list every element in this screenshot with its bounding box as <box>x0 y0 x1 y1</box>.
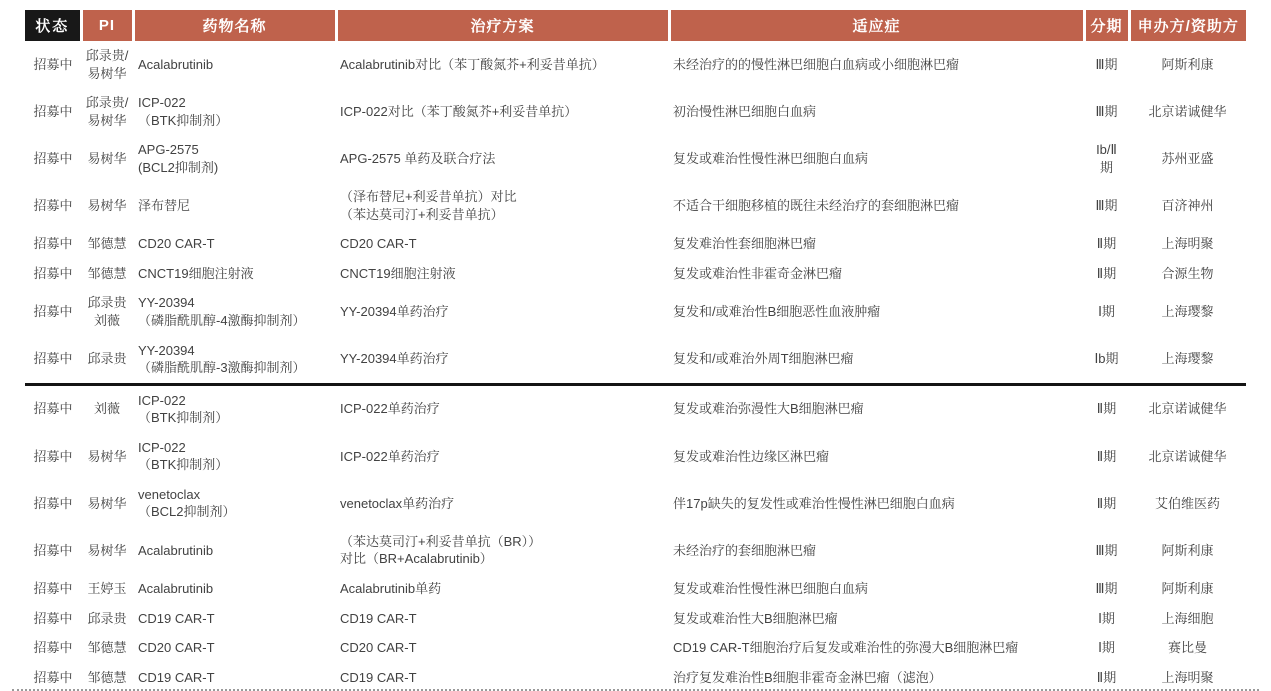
cell-regimen: （苯达莫司汀+利妥昔单抗（BR）） 对比（BR+Acalabrutinib） <box>336 527 669 574</box>
cell-status: 招募中 <box>25 633 81 663</box>
cell-drug: CD20 CAR-T <box>133 633 336 663</box>
cell-phase: Ib/Ⅱ 期 <box>1084 135 1129 182</box>
cell-regimen: CNCT19细胞注射液 <box>336 259 669 289</box>
cell-drug: Acalabrutinib <box>133 527 336 574</box>
cell-sponsor: 上海明聚 <box>1129 229 1246 259</box>
cell-phase: Ⅱ期 <box>1084 259 1129 289</box>
cell-indication: 复发或难治性非霍奇金淋巴瘤 <box>669 259 1084 289</box>
cell-drug: CD19 CAR-T <box>133 604 336 634</box>
cell-phase: Ⅲ期 <box>1084 41 1129 88</box>
cell-pi: 易树华 <box>81 182 133 229</box>
cell-regimen: ICP-022对比（苯丁酸氮芥+利妥昔单抗） <box>336 88 669 135</box>
cell-status: 招募中 <box>25 527 81 574</box>
cell-status: 招募中 <box>25 41 81 88</box>
cell-indication: 复发或难治性边缘区淋巴瘤 <box>669 433 1084 480</box>
table-row: 招募中邹德慧CD19 CAR-TCD19 CAR-T治疗复发难治性B细胞非霍奇金… <box>25 663 1246 691</box>
cell-drug: ICP-022 （BTK抑制剂） <box>133 384 336 433</box>
cell-sponsor: 北京诺诚健华 <box>1129 384 1246 433</box>
table-row: 招募中刘薇ICP-022 （BTK抑制剂）ICP-022单药治疗复发或难治弥漫性… <box>25 384 1246 433</box>
table-body: 招募中邱录贵/ 易树华AcalabrutinibAcalabrutinib对比（… <box>25 41 1246 691</box>
cell-sponsor: 上海璎黎 <box>1129 288 1246 335</box>
cell-indication: 复发和/或难治外周T细胞淋巴瘤 <box>669 336 1084 385</box>
cell-phase: Ⅰ期 <box>1084 288 1129 335</box>
cell-pi: 易树华 <box>81 433 133 480</box>
table-row: 招募中易树华泽布替尼（泽布替尼+利妥昔单抗）对比 （苯达莫司汀+利妥昔单抗）不适… <box>25 182 1246 229</box>
column-header-phase: 分期 <box>1084 10 1129 41</box>
cell-regimen: APG-2575 单药及联合疗法 <box>336 135 669 182</box>
cell-indication: 复发或难治性大B细胞淋巴瘤 <box>669 604 1084 634</box>
column-header-sponsor: 申办方/资助方 <box>1129 10 1246 41</box>
column-header-drug: 药物名称 <box>133 10 336 41</box>
table-row: 招募中邱录贵/ 易树华AcalabrutinibAcalabrutinib对比（… <box>25 41 1246 88</box>
cell-indication: 伴17p缺失的复发性或难治性慢性淋巴细胞白血病 <box>669 480 1084 527</box>
cell-indication: 未经治疗的的慢性淋巴细胞白血病或小细胞淋巴瘤 <box>669 41 1084 88</box>
cell-indication: 复发或难治性慢性淋巴细胞白血病 <box>669 574 1084 604</box>
cell-phase: Ⅱ期 <box>1084 433 1129 480</box>
cell-phase: Ⅰ期 <box>1084 604 1129 634</box>
cell-drug: venetoclax （BCL2抑制剂） <box>133 480 336 527</box>
cell-pi: 邱录贵 <box>81 604 133 634</box>
cell-drug: APG-2575 (BCL2抑制剂) <box>133 135 336 182</box>
cell-pi: 邹德慧 <box>81 259 133 289</box>
cell-regimen: CD20 CAR-T <box>336 229 669 259</box>
table-row: 招募中易树华venetoclax （BCL2抑制剂）venetoclax单药治疗… <box>25 480 1246 527</box>
table-row: 招募中易树华ICP-022 （BTK抑制剂）ICP-022单药治疗复发或难治性边… <box>25 433 1246 480</box>
table-row: 招募中邱录贵YY-20394 （磷脂酰肌醇-3激酶抑制剂）YY-20394单药治… <box>25 336 1246 385</box>
cell-regimen: CD20 CAR-T <box>336 633 669 663</box>
cell-status: 招募中 <box>25 182 81 229</box>
cell-indication: CD19 CAR-T细胞治疗后复发或难治性的弥漫大B细胞淋巴瘤 <box>669 633 1084 663</box>
cell-drug: CD19 CAR-T <box>133 663 336 691</box>
table-row: 招募中易树华Acalabrutinib（苯达莫司汀+利妥昔单抗（BR）） 对比（… <box>25 527 1246 574</box>
column-header-regimen: 治疗方案 <box>336 10 669 41</box>
table-row: 招募中易树华APG-2575 (BCL2抑制剂)APG-2575 单药及联合疗法… <box>25 135 1246 182</box>
cell-status: 招募中 <box>25 336 81 385</box>
cell-indication: 复发难治性套细胞淋巴瘤 <box>669 229 1084 259</box>
cell-sponsor: 上海璎黎 <box>1129 336 1246 385</box>
cell-status: 招募中 <box>25 574 81 604</box>
cell-phase: Ⅱ期 <box>1084 384 1129 433</box>
cell-sponsor: 上海明聚 <box>1129 663 1246 691</box>
cell-drug: YY-20394 （磷脂酰肌醇-3激酶抑制剂） <box>133 336 336 385</box>
cell-drug: CD20 CAR-T <box>133 229 336 259</box>
cell-pi: 邱录贵 刘薇 <box>81 288 133 335</box>
cell-regimen: venetoclax单药治疗 <box>336 480 669 527</box>
header-row: 状态 PI 药物名称 治疗方案 适应症 分期 申办方/资助方 <box>25 10 1246 41</box>
cell-pi: 邱录贵/ 易树华 <box>81 88 133 135</box>
table-row: 招募中邱录贵CD19 CAR-TCD19 CAR-T复发或难治性大B细胞淋巴瘤Ⅰ… <box>25 604 1246 634</box>
cell-phase: Ⅰ期 <box>1084 633 1129 663</box>
cell-drug: ICP-022 （BTK抑制剂） <box>133 433 336 480</box>
cell-sponsor: 艾伯维医药 <box>1129 480 1246 527</box>
cell-pi: 邱录贵/ 易树华 <box>81 41 133 88</box>
cell-pi: 易树华 <box>81 527 133 574</box>
cell-pi: 邱录贵 <box>81 336 133 385</box>
cell-sponsor: 苏州亚盛 <box>1129 135 1246 182</box>
table-header: 状态 PI 药物名称 治疗方案 适应症 分期 申办方/资助方 <box>25 10 1246 41</box>
cell-sponsor: 赛比曼 <box>1129 633 1246 663</box>
cell-phase: Ⅱ期 <box>1084 663 1129 691</box>
cell-phase: Ⅲ期 <box>1084 574 1129 604</box>
cell-status: 招募中 <box>25 480 81 527</box>
cell-indication: 未经治疗的套细胞淋巴瘤 <box>669 527 1084 574</box>
cell-status: 招募中 <box>25 433 81 480</box>
cell-phase: Ⅲ期 <box>1084 182 1129 229</box>
cell-pi: 刘薇 <box>81 384 133 433</box>
cell-phase: Ⅲ期 <box>1084 88 1129 135</box>
cell-pi: 邹德慧 <box>81 663 133 691</box>
table-row: 招募中邹德慧CNCT19细胞注射液CNCT19细胞注射液复发或难治性非霍奇金淋巴… <box>25 259 1246 289</box>
cell-status: 招募中 <box>25 229 81 259</box>
cell-sponsor: 北京诺诚健华 <box>1129 433 1246 480</box>
cell-pi: 易树华 <box>81 135 133 182</box>
table-row: 招募中邹德慧CD20 CAR-TCD20 CAR-TCD19 CAR-T细胞治疗… <box>25 633 1246 663</box>
cell-status: 招募中 <box>25 88 81 135</box>
column-header-status: 状态 <box>25 10 81 41</box>
cell-indication: 复发或难治性慢性淋巴细胞白血病 <box>669 135 1084 182</box>
cell-status: 招募中 <box>25 135 81 182</box>
column-header-pi: PI <box>81 10 133 41</box>
cell-sponsor: 合源生物 <box>1129 259 1246 289</box>
cell-indication: 初治慢性淋巴细胞白血病 <box>669 88 1084 135</box>
cell-sponsor: 阿斯利康 <box>1129 574 1246 604</box>
cell-regimen: CD19 CAR-T <box>336 604 669 634</box>
cell-pi: 邹德慧 <box>81 633 133 663</box>
cell-sponsor: 百济神州 <box>1129 182 1246 229</box>
cell-regimen: Acalabrutinib对比（苯丁酸氮芥+利妥昔单抗） <box>336 41 669 88</box>
cell-sponsor: 阿斯利康 <box>1129 527 1246 574</box>
clinical-trials-page: 状态 PI 药物名称 治疗方案 适应症 分期 申办方/资助方 招募中邱录贵/ 易… <box>0 0 1271 691</box>
cell-indication: 不适合干细胞移植的既往未经治疗的套细胞淋巴瘤 <box>669 182 1084 229</box>
cell-drug: CNCT19细胞注射液 <box>133 259 336 289</box>
cell-sponsor: 阿斯利康 <box>1129 41 1246 88</box>
cell-pi: 易树华 <box>81 480 133 527</box>
cell-status: 招募中 <box>25 384 81 433</box>
cell-status: 招募中 <box>25 663 81 691</box>
table-row: 招募中王婷玉AcalabrutinibAcalabrutinib单药复发或难治性… <box>25 574 1246 604</box>
cell-phase: Ⅱ期 <box>1084 480 1129 527</box>
cell-sponsor: 北京诺诚健华 <box>1129 88 1246 135</box>
cell-indication: 复发或难治弥漫性大B细胞淋巴瘤 <box>669 384 1084 433</box>
cell-regimen: YY-20394单药治疗 <box>336 336 669 385</box>
column-header-indication: 适应症 <box>669 10 1084 41</box>
table-row: 招募中邱录贵/ 易树华ICP-022 （BTK抑制剂）ICP-022对比（苯丁酸… <box>25 88 1246 135</box>
cell-pi: 邹德慧 <box>81 229 133 259</box>
cell-indication: 治疗复发难治性B细胞非霍奇金淋巴瘤（滤泡） <box>669 663 1084 691</box>
cell-phase: Ⅲ期 <box>1084 527 1129 574</box>
cell-regimen: ICP-022单药治疗 <box>336 384 669 433</box>
table-row: 招募中邹德慧CD20 CAR-TCD20 CAR-T复发难治性套细胞淋巴瘤Ⅱ期上… <box>25 229 1246 259</box>
cell-phase: Ⅱ期 <box>1084 229 1129 259</box>
cell-status: 招募中 <box>25 604 81 634</box>
cell-regimen: YY-20394单药治疗 <box>336 288 669 335</box>
cell-pi: 王婷玉 <box>81 574 133 604</box>
cell-drug: YY-20394 （磷脂酰肌醇-4激酶抑制剂） <box>133 288 336 335</box>
cell-drug: Acalabrutinib <box>133 574 336 604</box>
cell-indication: 复发和/或难治性B细胞恶性血液肿瘤 <box>669 288 1084 335</box>
table-row: 招募中邱录贵 刘薇YY-20394 （磷脂酰肌醇-4激酶抑制剂）YY-20394… <box>25 288 1246 335</box>
clinical-trials-table: 状态 PI 药物名称 治疗方案 适应症 分期 申办方/资助方 招募中邱录贵/ 易… <box>25 10 1246 691</box>
cell-regimen: （泽布替尼+利妥昔单抗）对比 （苯达莫司汀+利妥昔单抗） <box>336 182 669 229</box>
cell-sponsor: 上海细胞 <box>1129 604 1246 634</box>
cell-phase: Ⅰb期 <box>1084 336 1129 385</box>
cell-regimen: ICP-022单药治疗 <box>336 433 669 480</box>
cell-drug: 泽布替尼 <box>133 182 336 229</box>
cell-status: 招募中 <box>25 288 81 335</box>
cell-regimen: Acalabrutinib单药 <box>336 574 669 604</box>
cell-status: 招募中 <box>25 259 81 289</box>
cell-drug: ICP-022 （BTK抑制剂） <box>133 88 336 135</box>
cell-regimen: CD19 CAR-T <box>336 663 669 691</box>
cell-drug: Acalabrutinib <box>133 41 336 88</box>
